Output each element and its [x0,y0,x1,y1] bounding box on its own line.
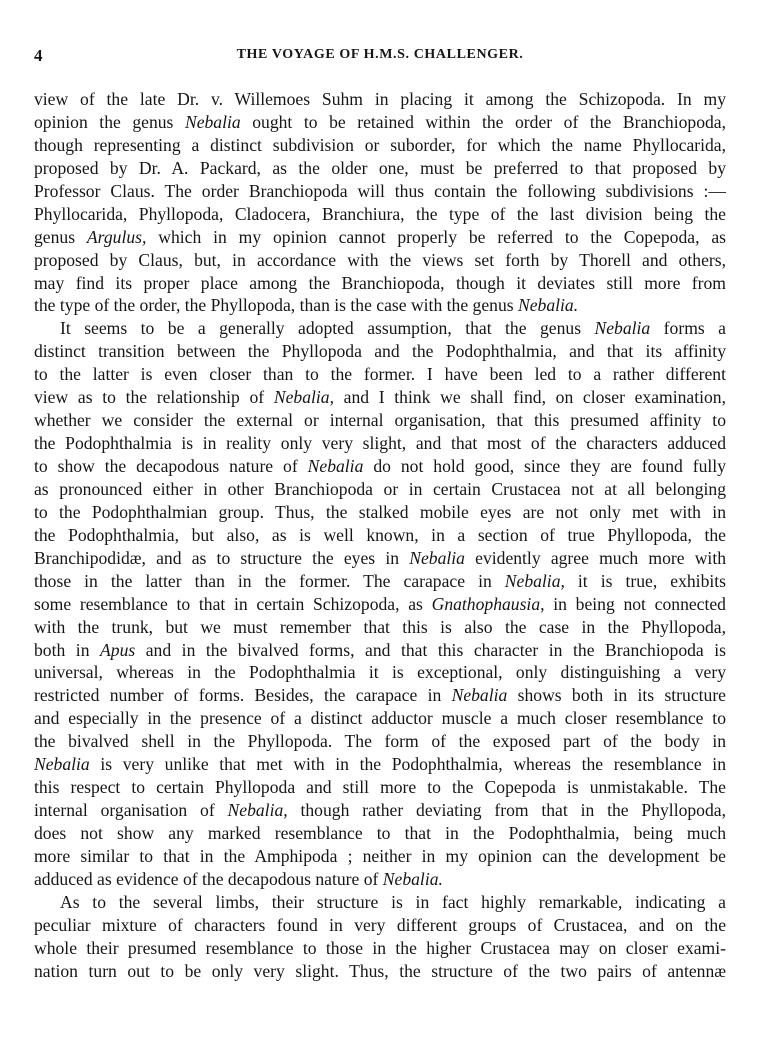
text-line: Branchipodidæ, and as to structure the e… [34,547,726,570]
text-run: It seems to be a generally adopted assum… [60,318,595,338]
text-run: Branchipodidæ, and as to structure the e… [34,548,409,568]
text-run: in being not connected [545,594,726,614]
running-title: THE VOYAGE OF H.M.S. CHALLENGER. [34,47,726,63]
text-run: as pronounced either in other Branchiopo… [34,479,726,499]
text-line: the Podophthalmia, but also, as is well … [34,524,726,547]
text-line: genus Argulus, which in my opinion canno… [34,226,726,249]
italic-term: Nebalia. [518,295,578,315]
text-run: As to the several limbs, their structure… [60,892,726,912]
italic-term: Apus [100,640,135,660]
text-line: Nebalia is very unlike that met with in … [34,753,726,776]
text-run: opinion the genus [34,112,185,132]
text-line: restricted number of forms. Besides, the… [34,684,726,707]
text-line: nation turn out to be only very slight. … [34,960,726,983]
text-run: forms a [650,318,726,338]
text-line: does not show any marked resemblance to … [34,822,726,845]
italic-term: Nebalia [185,112,241,132]
text-line: Professor Claus. The order Branchiopoda … [34,180,726,203]
text-line: view of the late Dr. v. Willemoes Suhm i… [34,88,726,111]
text-line: to show the decapodous nature of Nebalia… [34,455,726,478]
text-line: distinct transition between the Phyllopo… [34,340,726,363]
text-run: the Podophthalmia, but also, as is well … [34,525,726,545]
text-run: distinct transition between the Phyllopo… [34,341,726,361]
text-run: do not hold good, since they are found f… [363,456,726,476]
text-run: with the trunk, but we must remember tha… [34,617,726,637]
text-run: to show the decapodous nature of [34,456,308,476]
text-line: As to the several limbs, their structure… [34,891,726,914]
text-line: may find its proper place among the Bran… [34,272,726,295]
text-line: as pronounced either in other Branchiopo… [34,478,726,501]
text-run: the Podophthalmia is in reality only ver… [34,433,726,453]
text-line: view as to the relationship of Nebalia, … [34,386,726,409]
text-run: proposed by Dr. A. Packard, as the older… [34,158,726,178]
paragraph: view of the late Dr. v. Willemoes Suhm i… [34,88,726,317]
text-run: may find its proper place among the Bran… [34,273,726,293]
text-run: both in [34,640,100,660]
text-run: this respect to certain Phyllopoda and s… [34,777,726,797]
italic-term: Nebalia, [228,800,288,820]
italic-term: Nebalia. [383,869,443,889]
text-run: and in the bivalved forms, and that this… [135,640,726,660]
text-run: the bivalved shell in the Phyllopoda. Th… [34,731,726,751]
italic-term: Gnathophausia, [432,594,545,614]
text-line: the type of the order, the Phyllopoda, t… [34,294,726,317]
text-run: internal organisation of [34,800,228,820]
text-run: more similar to that in the Amphipoda ; … [34,846,726,866]
text-line: with the trunk, but we must remember tha… [34,616,726,639]
italic-term: Argulus, [87,227,146,247]
text-run: is very unlike that met with in the Podo… [90,754,726,774]
text-run: and I think we shall find, on closer exa… [334,387,726,407]
text-line: the Podophthalmia is in reality only ver… [34,432,726,455]
text-run: those in the latter than in the former. … [34,571,505,591]
text-line: this respect to certain Phyllopoda and s… [34,776,726,799]
text-run: proposed by Claus, but, in accordance wi… [34,250,726,270]
text-line: and especially in the presence of a dist… [34,707,726,730]
text-run: it is true, exhibits [565,571,726,591]
text-run: ought to be retained within the order of… [241,112,726,132]
text-line: the bivalved shell in the Phyllopoda. Th… [34,730,726,753]
text-line: It seems to be a generally adopted assum… [34,317,726,340]
text-run: and especially in the presence of a dist… [34,708,726,728]
text-line: to the Podophthalmian group. Thus, the s… [34,501,726,524]
text-line: some resemblance to that in certain Schi… [34,593,726,616]
text-line: to the latter is even closer than to the… [34,363,726,386]
text-line: though representing a distinct subdivisi… [34,134,726,157]
text-run: to the Podophthalmian group. Thus, the s… [34,502,726,522]
text-run: universal, whereas in the Podophthalmia … [34,662,726,682]
italic-term: Nebalia [595,318,651,338]
text-run: though representing a distinct subdivisi… [34,135,726,155]
text-run: does not show any marked resemblance to … [34,823,726,843]
italic-term: Nebalia [308,456,364,476]
text-run: view as to the relationship of [34,387,274,407]
text-run: Phyllocarida, Phyllopoda, Cladocera, Bra… [34,204,726,224]
text-run: nation turn out to be only very slight. … [34,961,726,981]
paragraph: It seems to be a generally adopted assum… [34,317,726,890]
text-line: universal, whereas in the Podophthalmia … [34,661,726,684]
text-run: whether we consider the external or inte… [34,410,726,430]
text-line: adduced as evidence of the decapodous na… [34,868,726,891]
text-run: shows both in its structure [507,685,726,705]
italic-term: Nebalia [34,754,90,774]
text-line: proposed by Claus, but, in accordance wi… [34,249,726,272]
paragraph: As to the several limbs, their structure… [34,891,726,983]
text-run: genus [34,227,87,247]
running-header: 4 THE VOYAGE OF H.M.S. CHALLENGER. [34,46,726,66]
text-line: whole their presumed resemblance to thos… [34,937,726,960]
text-run: evidently agree much more with [465,548,726,568]
text-run: whole their presumed resemblance to thos… [34,938,726,958]
text-run: Professor Claus. The order Branchiopoda … [34,181,726,201]
italic-term: Nebalia [409,548,465,568]
text-run: which in my opinion cannot properly be r… [146,227,726,247]
text-line: internal organisation of Nebalia, though… [34,799,726,822]
text-run: restricted number of forms. Besides, the… [34,685,452,705]
text-run: view of the late Dr. v. Willemoes Suhm i… [34,89,726,109]
text-line: more similar to that in the Amphipoda ; … [34,845,726,868]
italic-term: Nebalia, [505,571,565,591]
body-text: view of the late Dr. v. Willemoes Suhm i… [34,88,726,983]
text-run: some resemblance to that in certain Schi… [34,594,432,614]
text-line: Phyllocarida, Phyllopoda, Cladocera, Bra… [34,203,726,226]
italic-term: Nebalia, [274,387,334,407]
text-run: adduced as evidence of the decapodous na… [34,869,383,889]
text-run: the type of the order, the Phyllopoda, t… [34,295,518,315]
text-line: peculiar mixture of characters found in … [34,914,726,937]
text-run: though rather deviating from that in the… [288,800,726,820]
text-line: opinion the genus Nebalia ought to be re… [34,111,726,134]
text-run: peculiar mixture of characters found in … [34,915,726,935]
text-line: whether we consider the external or inte… [34,409,726,432]
text-run: to the latter is even closer than to the… [34,364,726,384]
italic-term: Nebalia [452,685,508,705]
text-line: both in Apus and in the bivalved forms, … [34,639,726,662]
text-line: those in the latter than in the former. … [34,570,726,593]
text-line: proposed by Dr. A. Packard, as the older… [34,157,726,180]
